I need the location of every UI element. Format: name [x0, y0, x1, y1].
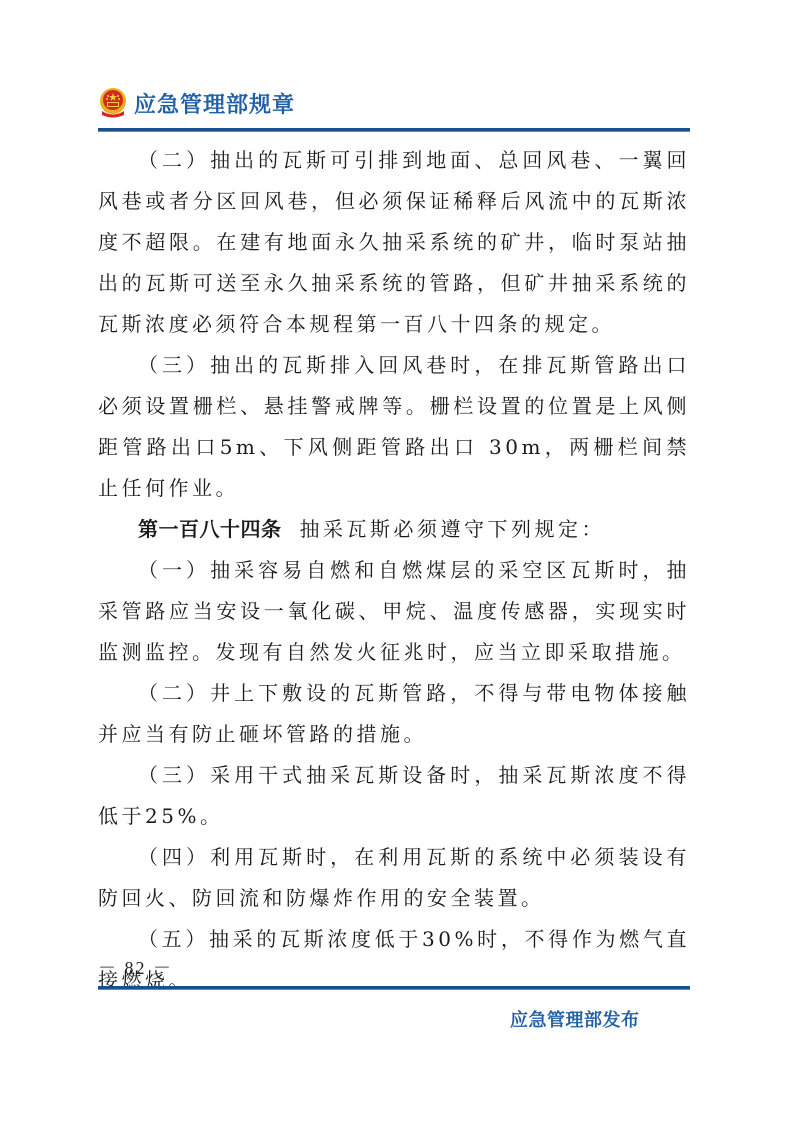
- article-intro: 抽采瓦斯必须遵守下列规定：: [300, 517, 606, 541]
- paragraph-item-2: （二）抽出的瓦斯可引排到地面、总回风巷、一翼回风巷或者分区回风巷，但必须保证稀释…: [98, 140, 690, 345]
- footer-divider: [98, 986, 690, 989]
- footer-publisher: 应急管理部发布: [510, 1006, 640, 1032]
- paragraph-item-4: （四）利用瓦斯时，在利用瓦斯的系统中必须装设有防回火、防回流和防爆炸作用的安全装…: [98, 837, 690, 919]
- national-emblem-icon: [98, 87, 128, 119]
- document-body: （二）抽出的瓦斯可引排到地面、总回风巷、一翼回风巷或者分区回风巷，但必须保证稀释…: [98, 140, 690, 1001]
- paragraph-item-3b: （三）采用干式抽采瓦斯设备时，抽采瓦斯浓度不得低于25%。: [98, 755, 690, 837]
- header-title: 应急管理部规章: [134, 88, 295, 119]
- article-184: 第一百八十四条抽采瓦斯必须遵守下列规定：: [98, 509, 690, 550]
- page-header: 应急管理部规章: [98, 86, 295, 120]
- header-divider: [98, 128, 690, 131]
- page-number: － 82 －: [98, 954, 173, 980]
- paragraph-item-1: （一）抽采容易自燃和自燃煤层的采空区瓦斯时，抽采管路应当安设一氧化碳、甲烷、温度…: [98, 550, 690, 673]
- paragraph-item-2b: （二）井上下敷设的瓦斯管路，不得与带电物体接触并应当有防止砸坏管路的措施。: [98, 673, 690, 755]
- paragraph-item-3: （三）抽出的瓦斯排入回风巷时，在排瓦斯管路出口必须设置栅栏、悬挂警戒牌等。栅栏设…: [98, 345, 690, 509]
- article-heading: 第一百八十四条: [138, 517, 282, 541]
